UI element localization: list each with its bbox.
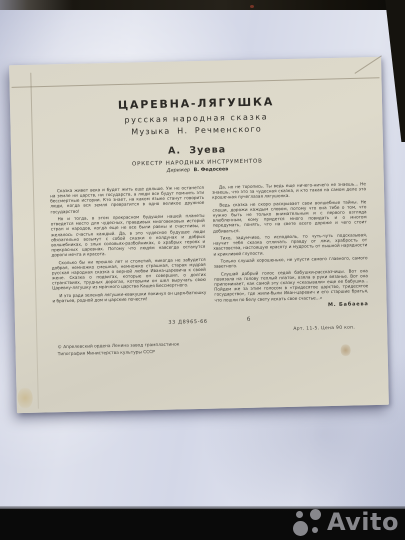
liner-paragraph: Сколько бы ни прошло лет и столетий, ник… xyxy=(52,256,207,290)
copyright-block: © Апрелевский ордена Ленина завод грампл… xyxy=(57,342,179,359)
avito-logo-icon xyxy=(293,509,324,537)
price-line: Арт. 11-5. Цена 90 коп. xyxy=(293,325,355,331)
liner-paragraph: И это ради зеленой лягушки-квакушки поки… xyxy=(52,290,206,304)
stain-mark xyxy=(17,387,32,409)
avito-circle-medium xyxy=(310,509,321,520)
avito-circle-large xyxy=(293,521,308,536)
liner-paragraph: Сказка живет века и будет жить еще дольш… xyxy=(50,185,205,214)
liner-notes-right-column: Да, но не торопись. Ты ведь еще ничего-н… xyxy=(212,181,369,313)
red-speck xyxy=(250,5,254,8)
conductor-label: Дирижер xyxy=(167,168,190,174)
liner-notes: Сказка живет века и будет жить еще дольш… xyxy=(12,181,387,318)
stain-mark xyxy=(341,344,351,357)
liner-paragraph: Только слушай хорошенько, не упусти само… xyxy=(214,255,368,269)
liner-paragraph: Ведь сказка не скоро раскрывает свои вол… xyxy=(212,199,367,233)
photo-frame: ЦАРЕВНА-ЛЯГУШКА русская народная сказка … xyxy=(0,0,405,540)
liner-paragraph: Тихо, задумчиво, то исподволь, то чуть-ч… xyxy=(213,232,367,256)
sleeve-corner-fold xyxy=(355,55,382,73)
avito-circle-tiny xyxy=(312,527,318,533)
record-sleeve-back: ЦАРЕВНА-ЛЯГУШКА русская народная сказка … xyxy=(9,57,389,413)
batch-mark: б xyxy=(247,317,251,323)
avito-watermark: Avito xyxy=(293,507,399,537)
liner-paragraph: Слушай добрый голос седой бабушки-расска… xyxy=(214,268,369,302)
liner-notes-left-column: Сказка живет века и будет жить еще дольш… xyxy=(50,185,207,317)
avito-watermark-label: Avito xyxy=(327,510,399,534)
title-block: ЦАРЕВНА-ЛЯГУШКА русская народная сказка … xyxy=(10,93,384,177)
background-top-strip xyxy=(0,0,405,10)
sleeve-fold-crease xyxy=(12,77,380,88)
liner-paragraph: Но и тогда, в этом прекрасном будущем на… xyxy=(51,213,206,257)
avito-circle-small xyxy=(296,511,303,518)
liner-notes-author: М. Бабаева xyxy=(215,301,369,311)
conductor-name: В. Федосеев xyxy=(194,167,229,173)
liner-paragraph: Да, но не торопись. Ты ведь еще ничего-н… xyxy=(212,181,366,200)
